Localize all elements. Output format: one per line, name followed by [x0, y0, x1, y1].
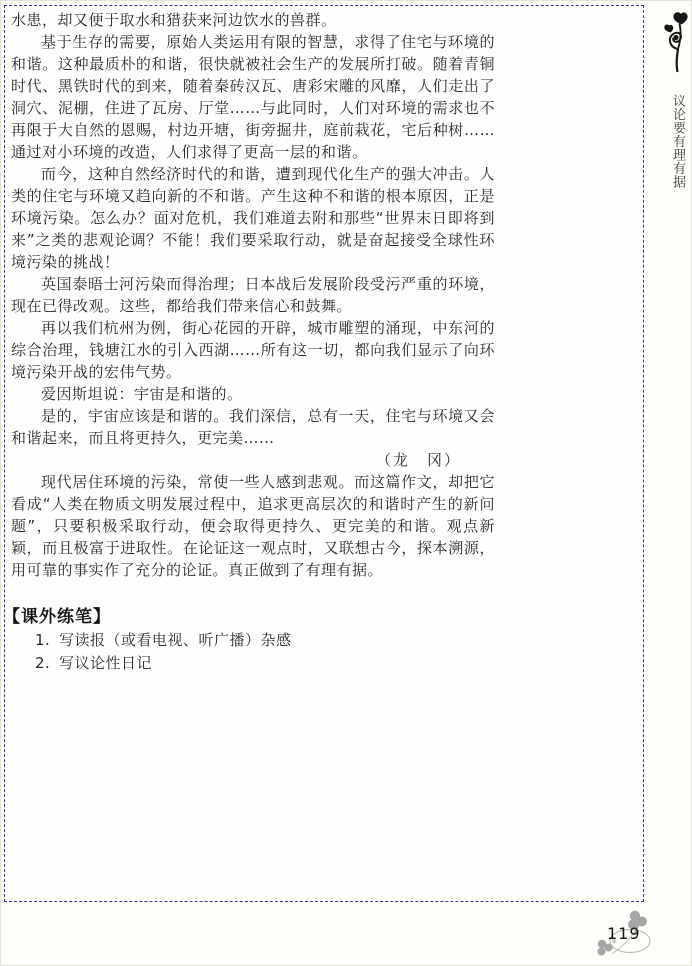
exercise-item: 2.写议论性日记 [35, 652, 495, 675]
exercise-item-text: 写议论性日记 [59, 654, 152, 672]
essay-paragraph-continuation: 水患，却又便于取水和猎获来河边饮水的兽群。 [11, 9, 495, 31]
essay-text-column: 水患，却又便于取水和猎获来河边饮水的兽群。 基于生存的需要，原始人类运用有限的智… [11, 9, 495, 675]
chapter-title-vertical: 议论要有理有据 [668, 94, 687, 189]
exercise-item: 1.写读报（或看电视、听广播）杂感 [35, 629, 495, 652]
essay-paragraph: 基于生存的需要，原始人类运用有限的智慧，求得了住宅与环境的和谐。这种最质朴的和谐… [11, 31, 495, 163]
floral-vine-ornament-icon [663, 11, 690, 75]
page-number: 119 [607, 924, 641, 943]
essay-paragraph: 爱因斯坦说：宇宙是和谐的。 [11, 383, 495, 405]
essay-paragraph: 再以我们杭州为例，街心花园的开辟，城市雕塑的涌现，中东河的综合治理，钱塘江水的引… [11, 317, 495, 383]
exercise-section-heading: 【课外练笔】 [3, 606, 495, 628]
essay-author-attribution: （龙 冈） [11, 449, 495, 471]
exercise-item-number: 2. [35, 652, 59, 675]
essay-paragraph: 英国泰晤士河污染而得治理；日本战后发展阶段受污严重的环境，现在已得改观。这些，都… [11, 273, 495, 317]
exercise-item-text: 写读报（或看电视、听广播）杂感 [59, 631, 292, 649]
essay-paragraph: 而今，这种自然经济时代的和谐，遭到现代化生产的强大冲击。人类的住宅与环境又趋向新… [11, 163, 495, 273]
exercise-list: 1.写读报（或看电视、听广播）杂感 2.写议论性日记 [11, 629, 495, 675]
commentary-paragraph: 现代居住环境的污染，常使一些人感到悲观。而这篇作文，却把它看成“人类在物质文明发… [11, 471, 495, 581]
page-number-block: 119 [592, 908, 668, 962]
essay-paragraph: 是的，宇宙应该是和谐的。我们深信，总有一天，住宅与环境又会和谐起来，而且将更持久… [11, 405, 495, 449]
exercise-item-number: 1. [35, 629, 59, 652]
content-border-frame: 水患，却又便于取水和猎获来河边饮水的兽群。 基于生存的需要，原始人类运用有限的智… [4, 5, 644, 902]
book-page: { "page": { "number": "119", "side_title… [0, 0, 692, 966]
